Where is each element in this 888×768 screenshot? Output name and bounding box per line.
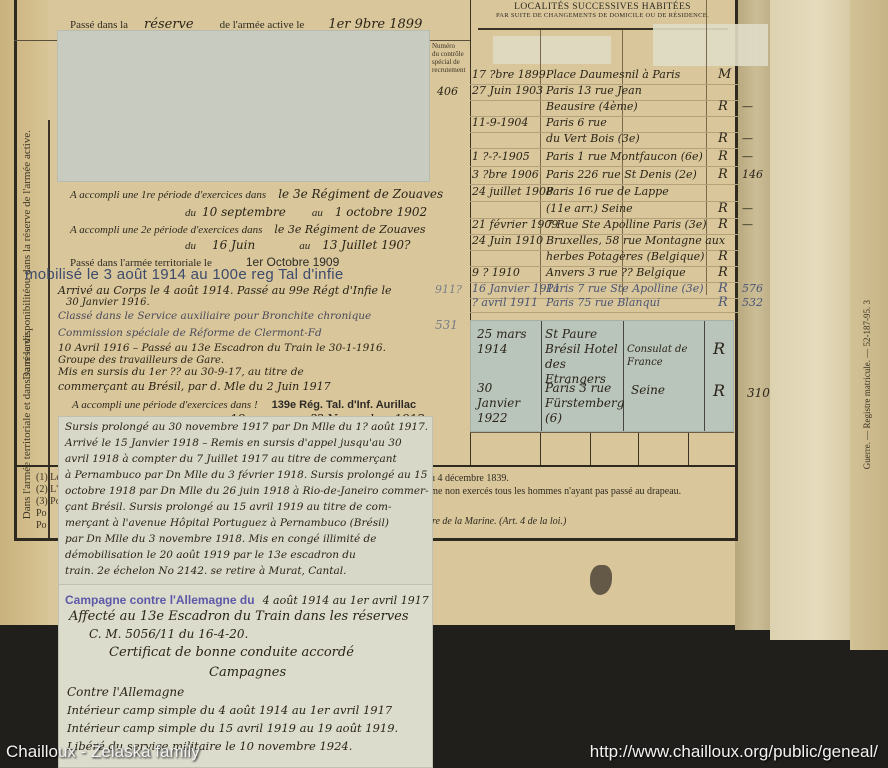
residence-row: 1 ?-?-1905Paris 1 rue Montfaucon (6e)R— xyxy=(470,148,740,167)
pasted-margin-number: 310 xyxy=(747,386,770,400)
mobilization-line-5: 10 Avril 1916 – Passé au 13e Escadron du… xyxy=(58,342,386,354)
label-territoriale: Dans l'armée territoriale et dans sa rés… xyxy=(20,330,46,460)
tape-strip-2 xyxy=(653,24,768,66)
book-spine xyxy=(735,0,770,630)
footnote-line-2: ...omme non exercés tous les hommes n'ay… xyxy=(410,486,681,497)
residences-title: LOCALITÉS SUCCESSIVES HABITÉES PAR SUITE… xyxy=(470,2,735,19)
mobilization-line-3: Classé dans le Service auxiliaire pour B… xyxy=(58,310,371,322)
margin-number-2: 531 xyxy=(435,318,458,332)
margin-number-1: 911? xyxy=(435,283,462,296)
campaign-stamp-row: Campagne contre l'Allemagne du 4 août 19… xyxy=(65,591,429,609)
watermark-url[interactable]: http://www.chailloux.org/public/geneal/ xyxy=(590,742,878,762)
mobilization-line-7: Mis en sursis du 1er ?? au 30-9-17, au t… xyxy=(58,366,304,378)
spine-print: Guerre. — Registre matricule. — 52-187-9… xyxy=(862,300,876,640)
footnote-line-3: ...nistre de la Marine. (Art. 4 de la lo… xyxy=(410,516,566,527)
residence-row: du Vert Bois (3e)R— xyxy=(470,130,740,149)
mobilization-line-6: Groupe des travailleurs de Gare. xyxy=(58,355,224,366)
first-exercise-dates: du 10 septembre au 1 octobre 1902 xyxy=(185,203,427,221)
first-exercise-row: A accompli une 1re période d'exercices d… xyxy=(70,185,443,203)
mobilization-line-1: Arrivé au Corps le 4 août 1914. Passé au… xyxy=(58,284,392,297)
right-page-edge xyxy=(770,0,850,640)
second-exercise-dates: du 16 Juin au 13 Juillet 190? xyxy=(185,236,410,254)
pasted-blank-patch xyxy=(57,30,430,182)
campaign-note: Campagne contre l'Allemagne du 4 août 19… xyxy=(58,584,433,768)
sursis-note: Sursis prolongé au 30 novembre 1917 par … xyxy=(58,416,433,586)
mobilization-line-8: commerçant au Brésil, par d. Mle du 2 Ju… xyxy=(58,380,331,393)
pasted-residence-label: 25 mars 1914 St Paure Brésil Hotel des E… xyxy=(470,320,734,432)
mobilization-line-2: 30 Janvier 1916. xyxy=(66,297,150,308)
watermark-family: Chailloux - Żelaska family xyxy=(6,742,200,762)
tape-strip-1 xyxy=(493,36,611,64)
frame-line-left xyxy=(14,0,17,540)
control-number-value: 406 xyxy=(437,85,458,98)
residence-row: ? avril 1911Paris 75 rue BlanquiR532 xyxy=(470,294,740,313)
mobilization-line-4: Commission spéciale de Réforme de Clermo… xyxy=(58,327,322,339)
control-number-header: Numéro du contrôle spécial de recrutemen… xyxy=(432,42,470,74)
mobilization-stamp: mobilisé le 3 août 1914 au 100e reg Tal … xyxy=(25,266,344,283)
empty-residence-row xyxy=(470,432,734,464)
label-disponibilite: Dans la disponibilité ou dans la réserve… xyxy=(20,130,46,240)
